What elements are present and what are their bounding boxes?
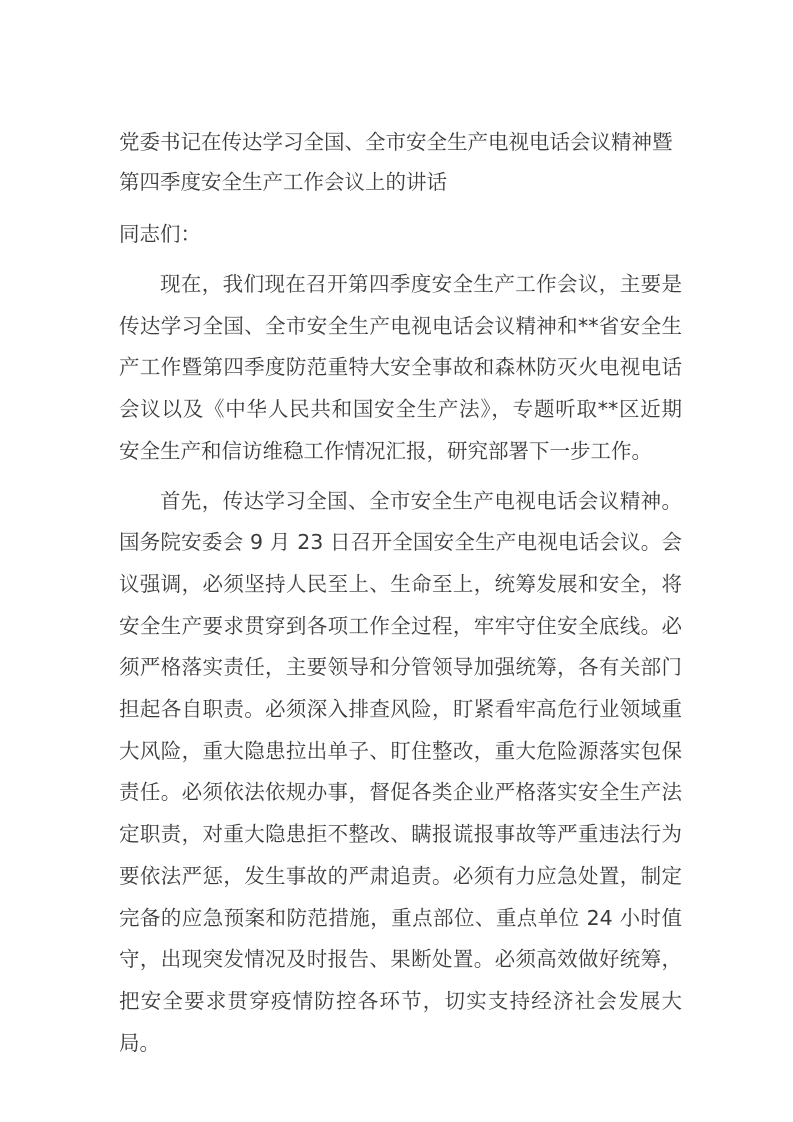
document-title: 党委书记在传达学习全国、全市安全生产电视电话会议精神暨第四季度安全生产工作会议上… [119,122,682,202]
paragraph-intro: 现在，我们现在召开第四季度安全生产工作会议，主要是传达学习全国、全市安全生产电视… [119,264,682,473]
paragraph-first-point: 首先，传达学习全国、全市安全生产电视电话会议精神。国务院安委会 9 月 23 日… [119,481,682,1065]
salutation: 同志们： [119,214,682,254]
document-page: 党委书记在传达学习全国、全市安全生产电视电话会议精神暨第四季度安全生产工作会议上… [119,122,682,1064]
